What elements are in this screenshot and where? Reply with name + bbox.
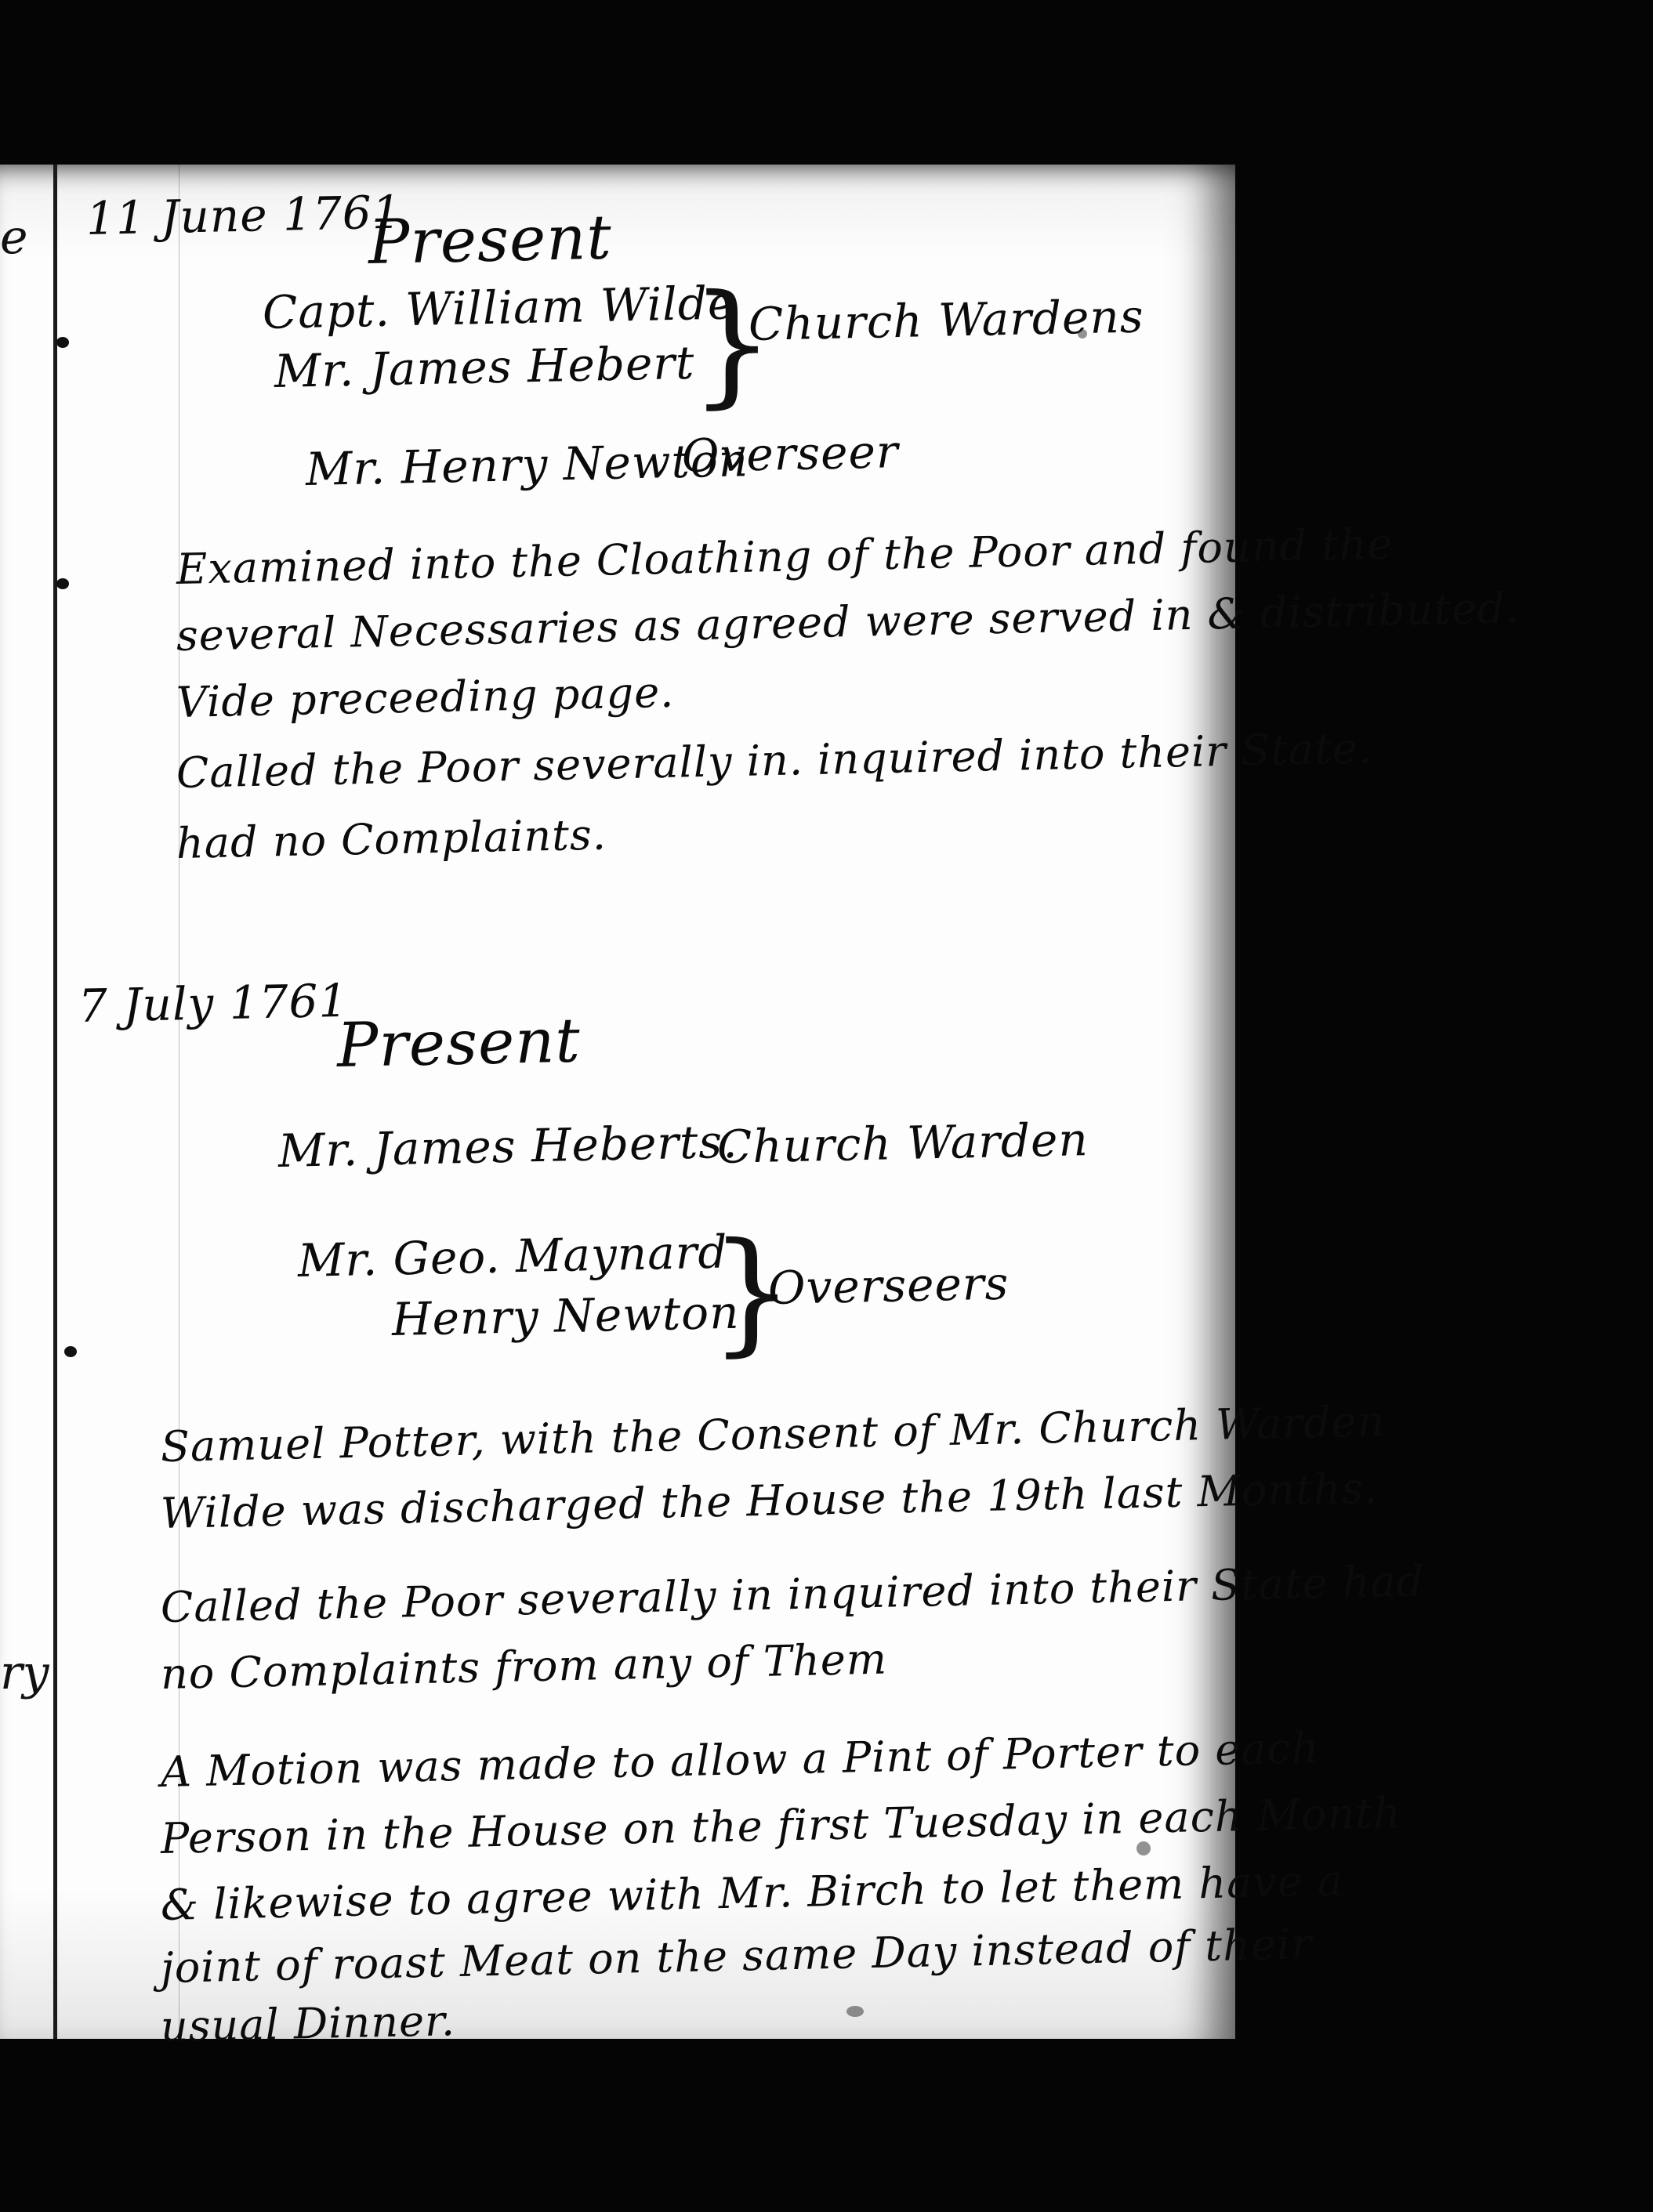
left-page-fragment: e bbox=[0, 210, 28, 265]
attendee-name: Mr. James Hebert bbox=[274, 336, 695, 398]
attendee-name: Mr. Geo. Maynard bbox=[297, 1225, 728, 1287]
attendee-name: Henry Newton bbox=[391, 1286, 740, 1346]
present-heading: Present bbox=[368, 203, 613, 278]
ink-blot bbox=[56, 337, 69, 348]
paper-stain bbox=[1136, 1841, 1151, 1855]
entry-date: 7 July 1761 bbox=[78, 974, 349, 1033]
attendee-role: Church Warden bbox=[716, 1113, 1089, 1174]
minute-line: had no Complaints. bbox=[176, 810, 607, 868]
attendee-role: Overseers bbox=[767, 1257, 1010, 1315]
attendee-name: Capt. William Wilde bbox=[262, 276, 736, 339]
present-heading: Present bbox=[336, 1006, 582, 1081]
ink-blot bbox=[56, 578, 69, 589]
left-page-fragment: ry bbox=[0, 1645, 49, 1700]
attendee-role: Overseer bbox=[681, 425, 899, 483]
paper-stain bbox=[1078, 329, 1087, 338]
ink-blot bbox=[64, 1346, 77, 1357]
minute-line: Vide preceeding page. bbox=[176, 668, 674, 727]
binding-gutter-rule bbox=[53, 165, 57, 2039]
minute-line: usual Dinner. bbox=[160, 1996, 455, 2051]
paper-stain bbox=[846, 2006, 864, 2017]
attendee-name: Mr. James Heberts. bbox=[277, 1115, 738, 1178]
attendee-role: Church Wardens bbox=[748, 289, 1144, 351]
entry-date: 11 June 1761 bbox=[85, 186, 402, 245]
